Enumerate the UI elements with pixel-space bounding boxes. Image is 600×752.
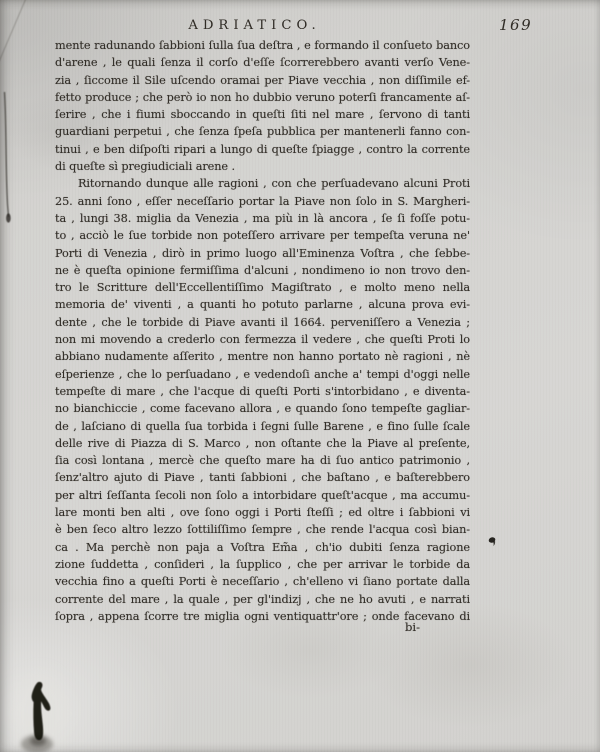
catchword: bi- [390, 620, 435, 634]
text-line: d'arene , le quali ſenza il corſo d'eſſe… [55, 54, 470, 71]
text-line: ca . Ma perchè non paja a Voſtra Em̃a , … [55, 539, 470, 556]
text-line: è ben ſeco altro lezzo ſottiliſſimo ſemp… [55, 521, 470, 538]
text-line: fetto produce ; che però io non ho dubbi… [55, 89, 470, 106]
text-line: zia , ſiccome il Sile uſcendo oramai per… [55, 72, 470, 89]
text-line: per altri ſeſſanta ſecoli non ſolo a int… [55, 487, 470, 504]
text-line: ne è queſta opinione fermiſſima d'alcuni… [55, 262, 470, 279]
text-line: no bianchiccie , come facevano allora , … [55, 400, 470, 417]
page-number: 169 [499, 16, 532, 34]
text-line: corrente del mare , la quale , per gl'in… [55, 591, 470, 608]
crease-tip [6, 213, 11, 222]
paragraph: mente radunando ſabbioni ſulla ſua deſtr… [55, 37, 470, 175]
running-title: ADRIATICO. [47, 18, 462, 33]
ink-blot-stain [32, 682, 51, 740]
text-line: tro le Scritture dell'Eccellentiſſimo Ma… [55, 279, 470, 296]
text-line: zione ſuddetta , conſideri , la ſupplico… [55, 556, 470, 573]
left-edge-crease [5, 92, 9, 217]
text-line: vecchia fino a queſti Porti è neceſſario… [55, 573, 470, 590]
text-line: ſenz'altro ajuto di Piave , tanti ſabbio… [55, 469, 470, 486]
text-line: ſia così lontana , mercè che queſto mare… [55, 452, 470, 469]
text-line: eſperienze , che lo perſuadano , e veden… [55, 366, 470, 383]
text-line: to , acciò le ſue torbide non poteſſero … [55, 227, 470, 244]
stain-shadow-core [30, 736, 46, 746]
text-line: 25. anni ſono , eſſer neceſſario portar … [55, 193, 470, 210]
text-line: abbiano nudamente aſſerito , mentre non … [55, 348, 470, 365]
stain-halo [10, 670, 70, 752]
paragraph: Ritornando dunque alle ragioni , con che… [55, 175, 470, 625]
text-line: guardiani perpetui , che ſenza ſpeſa pub… [55, 123, 470, 140]
text-line: lare monti ben alti , ove ſono oggi i Po… [55, 504, 470, 521]
ink-speck [488, 536, 497, 547]
text-line: tinui , e ben diſpoſti ripari a lungo di… [55, 141, 470, 158]
text-line: mente radunando ſabbioni ſulla ſua deſtr… [55, 37, 470, 54]
text-line: de , laſciano di quella ſua torbida i ſe… [55, 418, 470, 435]
text-line: delle rive di Piazza di S. Marco , non o… [55, 435, 470, 452]
text-line: ta , lungi 38. miglia da Venezia , ma pi… [55, 210, 470, 227]
text-line: di queſte sì pregiudiciali arene . [55, 158, 470, 175]
text-line: non mi movendo a crederlo con fermezza i… [55, 331, 470, 348]
text-line: tempeſte di mare , che l'acque di queſti… [55, 383, 470, 400]
book-page-scan: { "page": { "running_title": "ADRIATICO.… [0, 0, 600, 752]
text-line: memoria de' viventi , a quanti ho potuto… [55, 296, 470, 313]
text-line: dente , che le torbide di Piave avanti i… [55, 314, 470, 331]
text-line: Ritornando dunque alle ragioni , con che… [55, 175, 470, 192]
page-text-block: mente radunando ſabbioni ſulla ſua deſtr… [55, 37, 470, 625]
stain-shadow [21, 735, 53, 752]
text-line: ſerire , che i fiumi sboccando in queſti… [55, 106, 470, 123]
top-left-fold-line [0, 0, 27, 64]
text-line: Porti di Venezia , dirò in primo luogo a… [55, 245, 470, 262]
